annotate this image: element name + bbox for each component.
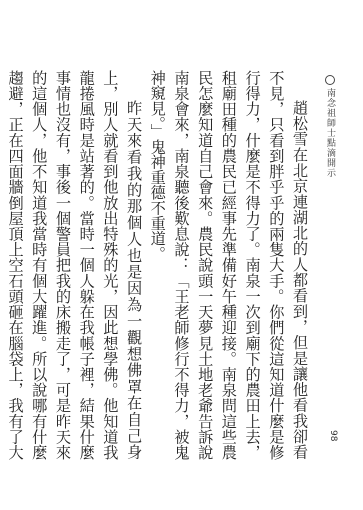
header-title: 南念祖師士點滴開示 bbox=[325, 88, 335, 178]
book-page: 南念祖師士點滴開示 趙松雪在北京連湖北的人都看到，但是讓他看我卻看不見，只看到胖… bbox=[0, 0, 363, 510]
body-text: 趙松雪在北京連湖北的人都看到，但是讓他看我卻看不見，只看到胖乎乎的兩隻大手。你們… bbox=[0, 70, 311, 460]
logo-icon bbox=[325, 75, 335, 85]
paragraph-2: 昨天來看我的那個人也是因為一觀想佛罩在自己身上，別人就看到他放出特殊的光，因此想… bbox=[0, 70, 145, 460]
paragraph-1: 趙松雪在北京連湖北的人都看到，但是讓他看我卻看不見，只看到胖乎乎的兩隻大手。你們… bbox=[145, 70, 311, 460]
running-header: 南念祖師士點滴開示 bbox=[325, 75, 337, 178]
page-number: 98 bbox=[328, 430, 338, 441]
